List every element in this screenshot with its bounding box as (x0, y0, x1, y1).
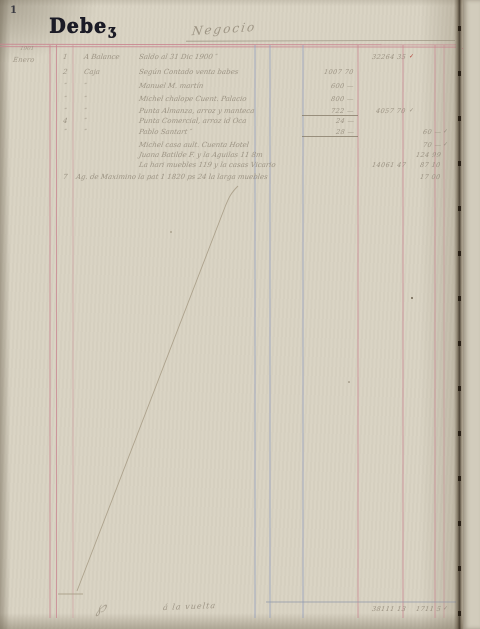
page-number: 1 (10, 5, 17, 16)
description-cell: Manuel M. martín (138, 81, 204, 91)
account-cell: ″ (83, 106, 87, 116)
day-cell: 4 (62, 116, 68, 126)
next-page-edge (463, 0, 480, 629)
account-cell: ″ (83, 81, 87, 91)
amount-partial-cell: 600 — (330, 81, 354, 91)
account-cell: ″ (83, 94, 87, 104)
footer-total-b: 38111 13 (371, 604, 407, 614)
account-cell: A Balance (83, 52, 120, 62)
day-cell: 1 (62, 52, 68, 62)
amount-right-cell: 124 99 (415, 150, 442, 160)
amount-total-cell: 4057 70 (376, 106, 407, 116)
footer-total-c: 1711 5 (415, 604, 442, 614)
check-mark: ✓ (443, 604, 452, 614)
table-row: 1 A Balance Saldo al 31 Dic 1900 ″ 32264… (0, 52, 456, 62)
description-cell: Pablo Santart ″ (138, 127, 193, 137)
table-row: La hari muebles 119 y la casas Vicario 1… (0, 160, 456, 170)
description-cell: Según Contado venta babes (138, 67, 239, 77)
debe-header: Debeʒ (49, 14, 116, 39)
description-cell: Michel chalope Cuent. Palacio (138, 94, 247, 104)
table-row: ″ ″ Punta Almanza, arroz y manteca 722 —… (0, 106, 456, 116)
amount-right-cell: 60 — (422, 127, 442, 137)
day-cell: ″ (63, 127, 67, 137)
day-cell: 7 (62, 172, 68, 182)
check-mark: ✓ (443, 140, 452, 150)
description-cell: Punta Comercial, arroz id Oca (138, 116, 247, 126)
binding-stitches (458, 0, 461, 629)
footer-totals-row: 38111 13 1711 5 ✓ (0, 604, 456, 614)
description-cell: Juana Batilde F. y la Aguilas 11 8m (138, 150, 263, 160)
day-cell: ″ (63, 94, 67, 104)
table-row: Michel casa ault. Cuenta Hotel 70 — ✓ (0, 140, 456, 150)
subtotal-rule (302, 136, 358, 137)
table-row: ″ ″ Michel chalope Cuent. Palacio 800 — (0, 94, 456, 104)
amount-total-cell: 14061 47 (371, 160, 407, 170)
check-mark: ✓ (409, 52, 419, 62)
table-row: 4 ″ Punta Comercial, arroz id Oca 24 — (0, 116, 456, 126)
account-cell: Caja (83, 67, 100, 77)
table-row: ″ ″ Pablo Santart ″ 28 — 60 — ✓ (0, 127, 456, 137)
check-mark: ✓ (409, 106, 419, 116)
check-mark: ✓ (443, 127, 452, 137)
description-cell: Ag. de Maximino la pat 1 1820 ps 24 la l… (75, 172, 268, 182)
table-row: Juana Batilde F. y la Aguilas 11 8m 124 … (0, 150, 456, 160)
day-cell: 2 (62, 67, 68, 77)
ledger-page-scan: 1 Debeʒ Negocio 1901 Enero 1 A Balance S… (0, 0, 480, 629)
table-row: 7 Ag. de Maximino la pat 1 1820 ps 24 la… (0, 172, 456, 182)
debe-header-text: Debe (49, 14, 107, 38)
amount-right-cell: 87 10 (420, 160, 442, 170)
amount-partial-cell: 1007 70 (324, 67, 355, 77)
account-cell: ″ (83, 116, 87, 126)
amount-partial-cell: 800 — (330, 94, 354, 104)
day-cell: ″ (63, 81, 67, 91)
paper-speck (348, 381, 350, 383)
paper-speck (411, 297, 413, 299)
table-row: 2 Caja Según Contado venta babes 1007 70 (0, 67, 456, 77)
description-cell: Michel casa ault. Cuenta Hotel (138, 140, 249, 150)
amount-partial-cell: 24 — (335, 116, 355, 126)
description-cell: Saldo al 31 Dic 1900 ″ (138, 52, 218, 62)
amount-right-cell: 17 00 (420, 172, 442, 182)
description-cell: La hari muebles 119 y la casas Vicario (138, 160, 276, 170)
description-cell: Punta Almanza, arroz y manteca (138, 106, 255, 116)
amount-total-cell: 32264 35 (371, 52, 407, 62)
account-cell: ″ (83, 127, 87, 137)
header-flourish: ʒ (108, 23, 116, 39)
paper-speck (170, 231, 172, 233)
amount-right-cell: 70 — (422, 140, 442, 150)
table-row: ″ ″ Manuel M. martín 600 — (0, 81, 456, 91)
day-cell: ″ (63, 106, 67, 116)
